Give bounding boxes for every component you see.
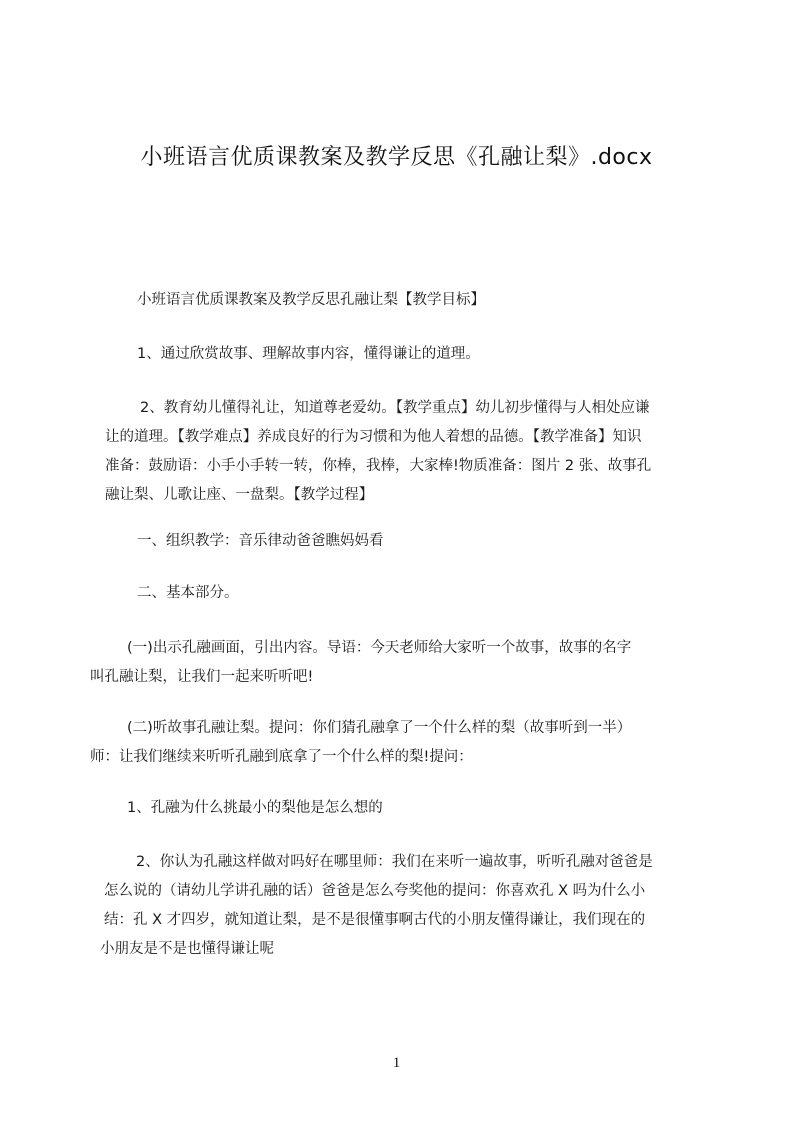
paragraph-goal-2: 2、教育幼儿懂得礼让，知道尊老爱幼。【教学重点】幼儿初步懂得与人相处应谦 让的道… — [105, 394, 701, 510]
text-line: (一)出示孔融画面，引出内容。导语：今天老师给大家听一个故事，故事的名字 — [90, 634, 710, 663]
text-line: 1、通过欣赏故事、理解故事内容，懂得谦让的道理。 — [137, 340, 733, 369]
text-line: 结：孔 X 才四岁，就知道让梨，是不是很懂事啊古代的小朋友懂得谦让，我们现在的 — [100, 906, 700, 935]
paragraph-sub-1: (一)出示孔融画面，引出内容。导语：今天老师给大家听一个故事，故事的名字 叫孔融… — [90, 634, 710, 692]
paragraph-question-1: 1、孔融为什么挑最小的梨他是怎么想的 — [127, 794, 723, 823]
paragraph-section-2: 二、基本部分。 — [137, 579, 733, 608]
paragraph-intro: 小班语言优质课教案及教学反思孔融让梨【教学目标】 — [137, 286, 733, 315]
text-line: 师：让我们继续来听听孔融到底拿了一个什么样的梨!提问： — [90, 743, 710, 772]
text-line: (二)听故事孔融让梨。提问：你们猜孔融拿了一个什么样的梨（故事听到一半） — [90, 714, 710, 743]
paragraph-sub-2: (二)听故事孔融让梨。提问：你们猜孔融拿了一个什么样的梨（故事听到一半） 师：让… — [90, 714, 710, 772]
text-line: 小朋友是不是也懂得谦让呢 — [100, 935, 700, 964]
text-line: 2、教育幼儿懂得礼让，知道尊老爱幼。【教学重点】幼儿初步懂得与人相处应谦 — [105, 394, 701, 423]
text-line: 1、孔融为什么挑最小的梨他是怎么想的 — [127, 794, 723, 823]
text-line: 一、组织教学：音乐律动爸爸瞧妈妈看 — [137, 527, 733, 556]
text-line: 二、基本部分。 — [137, 579, 733, 608]
paragraph-section-1: 一、组织教学：音乐律动爸爸瞧妈妈看 — [137, 527, 733, 556]
paragraph-goal-1: 1、通过欣赏故事、理解故事内容，懂得谦让的道理。 — [137, 340, 733, 369]
text-line: 叫孔融让梨，让我们一起来听听吧! — [90, 663, 710, 692]
text-line: 准备：鼓励语：小手小手转一转，你棒，我棒，大家棒!物质准备：图片 2 张、故事孔 — [105, 452, 701, 481]
page-number: 1 — [0, 1055, 793, 1072]
text-line: 小班语言优质课教案及教学反思孔融让梨【教学目标】 — [137, 286, 733, 315]
document-title: 小班语言优质课教案及教学反思《孔融让梨》.docx — [0, 140, 793, 171]
text-line: 2、你认为孔融这样做对吗好在哪里师：我们在来听一遍故事，听听孔融对爸爸是 — [100, 848, 700, 877]
text-line: 融让梨、儿歌让座、一盘梨。【教学过程】 — [105, 481, 701, 510]
paragraph-question-2: 2、你认为孔融这样做对吗好在哪里师：我们在来听一遍故事，听听孔融对爸爸是 怎么说… — [100, 848, 700, 964]
text-line: 怎么说的（请幼儿学讲孔融的话）爸爸是怎么夸奖他的提问：你喜欢孔 X 吗为什么小 — [100, 877, 700, 906]
text-line: 让的道理。【教学难点】养成良好的行为习惯和为他人着想的品德。【教学准备】知识 — [105, 423, 701, 452]
